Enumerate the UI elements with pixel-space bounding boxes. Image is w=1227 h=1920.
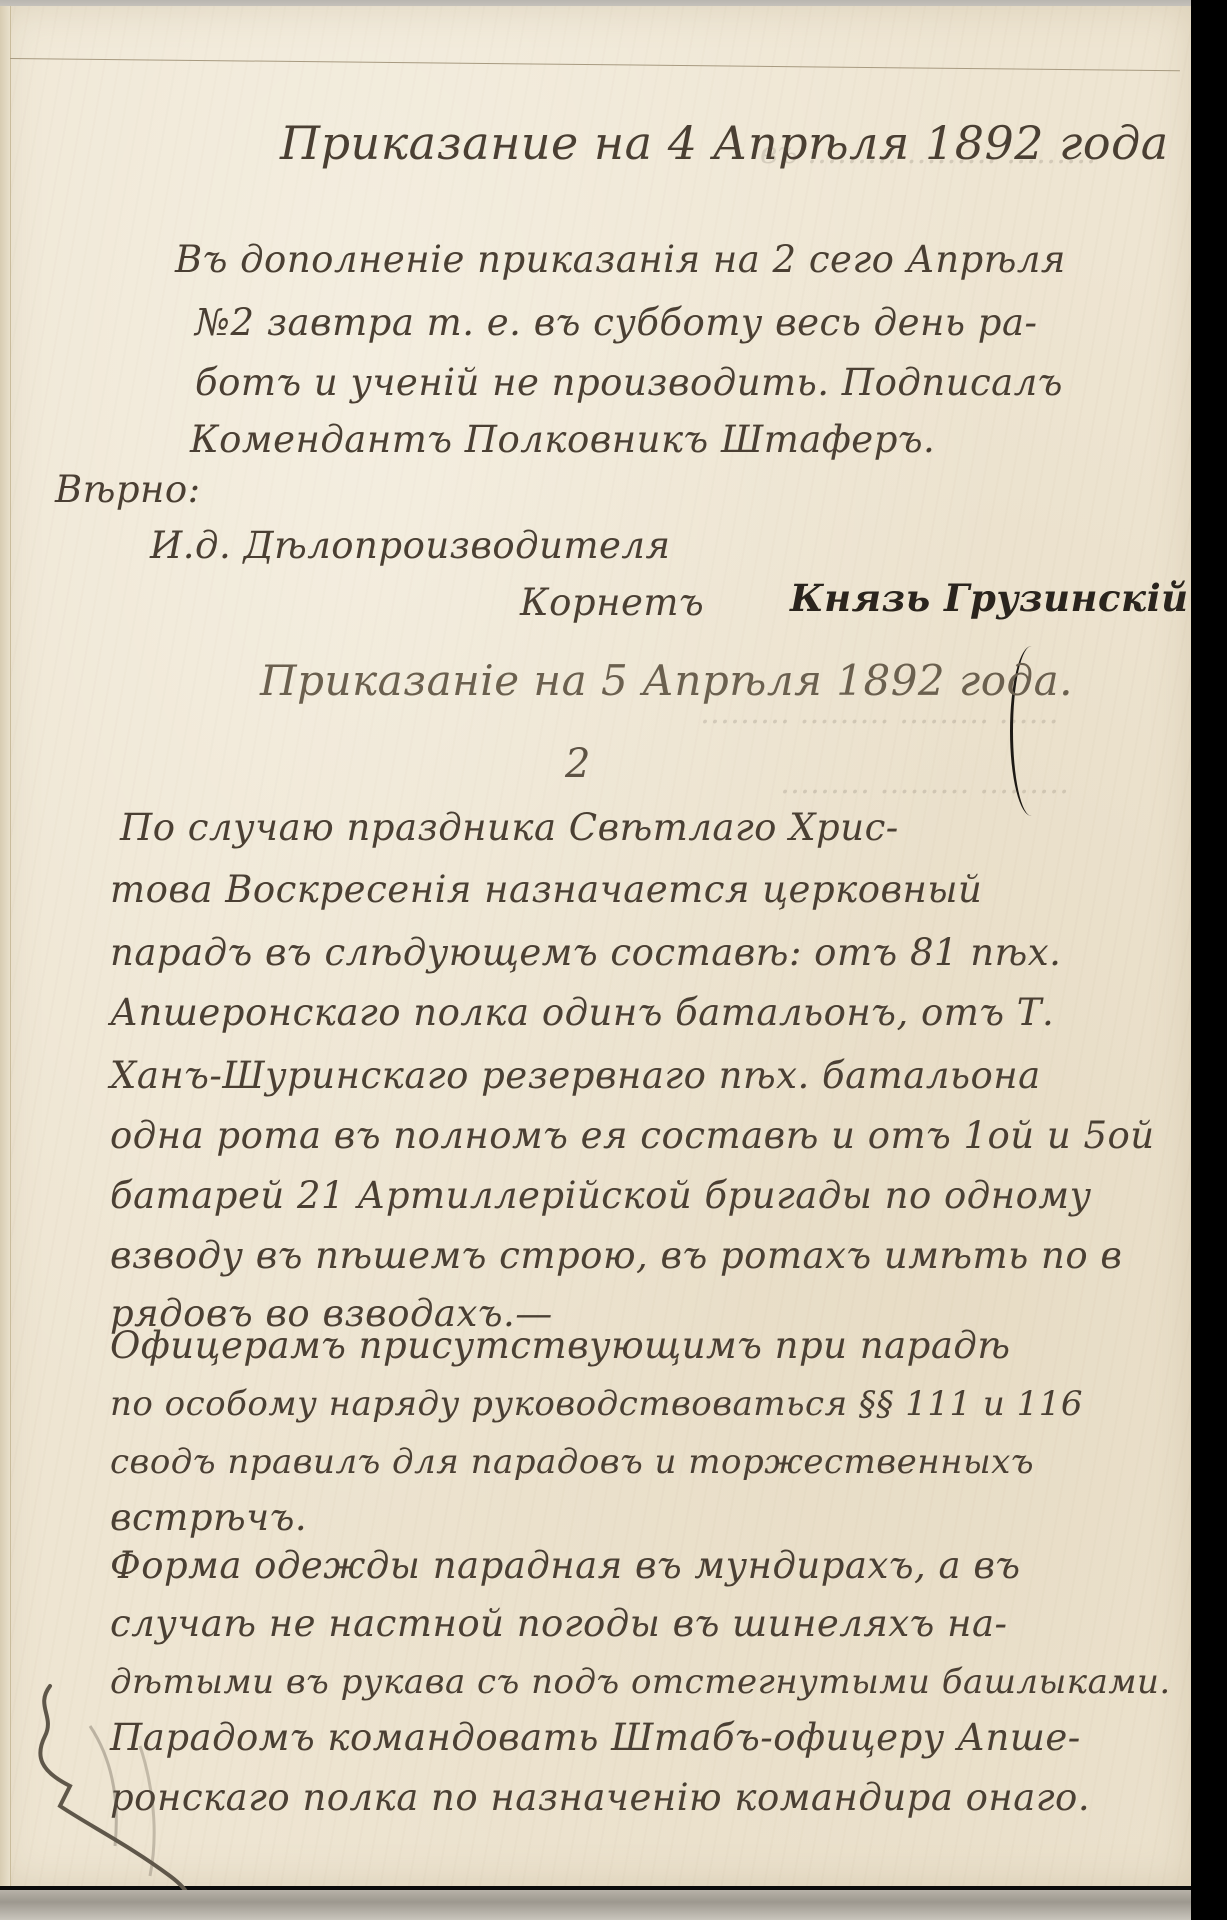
order-2-line: Офицерамъ присутствующимъ при парадѣ <box>110 1324 1010 1367</box>
document-scan: въ ……… ……… ……… ……… ……… ……… …… ……… ……… ……… <box>0 0 1227 1920</box>
order-1-heading: Приказание на 4 Апрѣля 1892 года <box>280 116 1169 170</box>
order-2-line: случаѣ не настной погоды въ шинеляхъ на- <box>110 1602 1008 1645</box>
order-2-line: встрѣчъ. <box>110 1496 307 1539</box>
order-2-line: Форма одежды парадная въ мундирахъ, а въ <box>110 1544 1021 1587</box>
attestation-rank: Корнетъ <box>520 581 704 624</box>
order-2-line: ронскаго полка по назначенію командира о… <box>110 1776 1090 1819</box>
paper-page: въ ……… ……… ……… ……… ……… ……… …… ……… ……… ……… <box>0 6 1193 1886</box>
order-2-line: По случаю праздника Свѣтлаго Хрис- <box>120 806 899 849</box>
order-2-line: дѣтыми въ рукава съ подъ отстегнутыми ба… <box>110 1662 1171 1702</box>
order-2-line: взводу въ пѣшемъ строю, въ ротахъ имѣть … <box>110 1234 1122 1277</box>
order-1-line: Въ дополненіе приказанія на 2 сего Апрѣл… <box>175 238 1066 281</box>
order-2-line: Ханъ-Шуринскаго резервнаго пѣх. батальон… <box>110 1054 1041 1097</box>
order-2-heading: Приказаніе на 5 Апрѣля 1892 года. <box>260 656 1073 705</box>
order-2-line: батарей 21 Артиллерійской бригады по одн… <box>110 1174 1092 1217</box>
order-1-line: ботъ и ученій не производить. Подписалъ <box>195 361 1063 404</box>
order-2-line: това Воскресенія назначается церковный <box>110 868 982 911</box>
signature: Князь Грузинскій <box>790 576 1189 620</box>
section-number: 2 <box>565 741 590 787</box>
order-1-line: Комендантъ Полковникъ Штаферъ. <box>190 418 935 461</box>
bottom-fold <box>0 1890 1227 1920</box>
order-2-line: по особому наряду руководствоваться §§ 1… <box>110 1384 1083 1424</box>
order-1-line: №2 завтра т. е. въ субботу весь день ра- <box>195 301 1038 344</box>
scan-backdrop-right <box>1191 0 1227 1920</box>
attestation-label: Вѣрно: <box>55 468 201 511</box>
top-fold-line <box>10 58 1180 71</box>
order-2-line: Парадомъ командовать Штабъ-офицеру Апше- <box>110 1716 1081 1759</box>
margin-pencil-mark-icon <box>30 1676 230 1916</box>
order-2-line: сводъ правилъ для парадовъ и торжественн… <box>110 1442 1034 1482</box>
page-left-edge <box>0 6 11 1886</box>
order-2-line: парадъ въ слѣдующемъ составѣ: отъ 81 пѣх… <box>110 931 1061 974</box>
order-2-line: одна рота въ полномъ ея составѣ и отъ 1о… <box>110 1114 1155 1157</box>
order-2-line: Апшеронскаго полка одинъ батальонъ, отъ … <box>110 991 1054 1034</box>
attestation-role: И.д. Дѣлопроизводителя <box>150 524 671 567</box>
